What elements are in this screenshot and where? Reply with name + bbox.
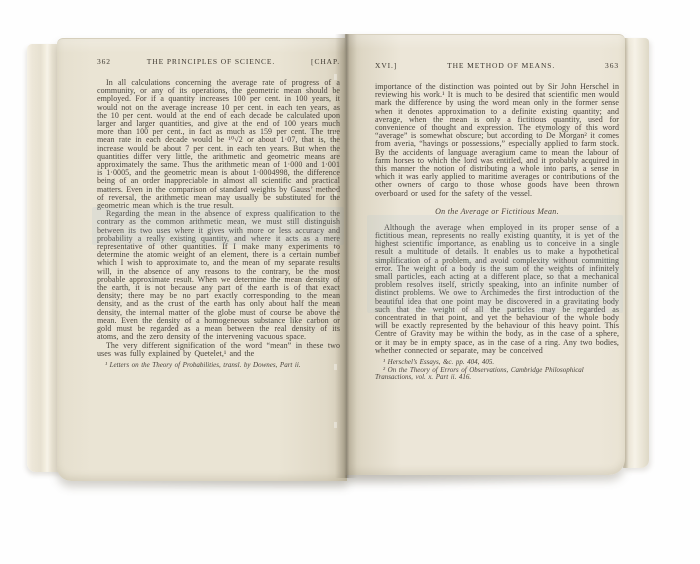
right-fore-edge-pages [623, 38, 649, 468]
paragraph: Although the average when employed in it… [375, 224, 619, 355]
right-running-title: THE METHOD OF MEANS. [397, 61, 605, 70]
left-chapter-marker: [CHAP. [311, 57, 340, 66]
paragraph: importance of the distinction was pointe… [375, 83, 619, 198]
left-page-content: 362 THE PRINCIPLES OF SCIENCE. [CHAP. In… [97, 57, 340, 370]
left-page-number: 362 [97, 57, 111, 66]
left-page-body: In all calculations concerning the avera… [97, 79, 340, 358]
right-page-body: importance of the distinction was pointe… [375, 83, 619, 355]
footnote: ¹ Letters on the Theory of Probabilities… [97, 362, 340, 370]
right-page-content: XVI.] THE METHOD OF MEANS. 363 importanc… [375, 61, 619, 382]
right-running-header: XVI.] THE METHOD OF MEANS. 363 [375, 61, 619, 70]
open-book: 362 THE PRINCIPLES OF SCIENCE. [CHAP. In… [25, 28, 647, 484]
paragraph: Regarding the mean in the absence of exp… [97, 210, 340, 341]
paragraph: In all calculations concerning the avera… [97, 79, 340, 210]
left-footnotes: ¹ Letters on the Theory of Probabilities… [97, 362, 340, 370]
right-chapter-marker: XVI.] [375, 61, 397, 70]
left-running-title: THE PRINCIPLES OF SCIENCE. [111, 57, 311, 66]
book-photograph: 362 THE PRINCIPLES OF SCIENCE. [CHAP. In… [0, 0, 700, 564]
right-page-number: 363 [605, 61, 619, 70]
footnote: ² On the Theory of Errors of Observation… [375, 367, 619, 382]
left-running-header: 362 THE PRINCIPLES OF SCIENCE. [CHAP. [97, 57, 340, 66]
paragraph: The very different signification of the … [97, 342, 340, 358]
right-footnotes: ¹ Herschel’s Essays, &c. pp. 404, 405. ²… [375, 359, 619, 382]
right-page: XVI.] THE METHOD OF MEANS. 363 importanc… [345, 34, 625, 475]
section-heading: On the Average or Fictitious Mean. [375, 207, 619, 216]
left-page: 362 THE PRINCIPLES OF SCIENCE. [CHAP. In… [57, 38, 347, 481]
